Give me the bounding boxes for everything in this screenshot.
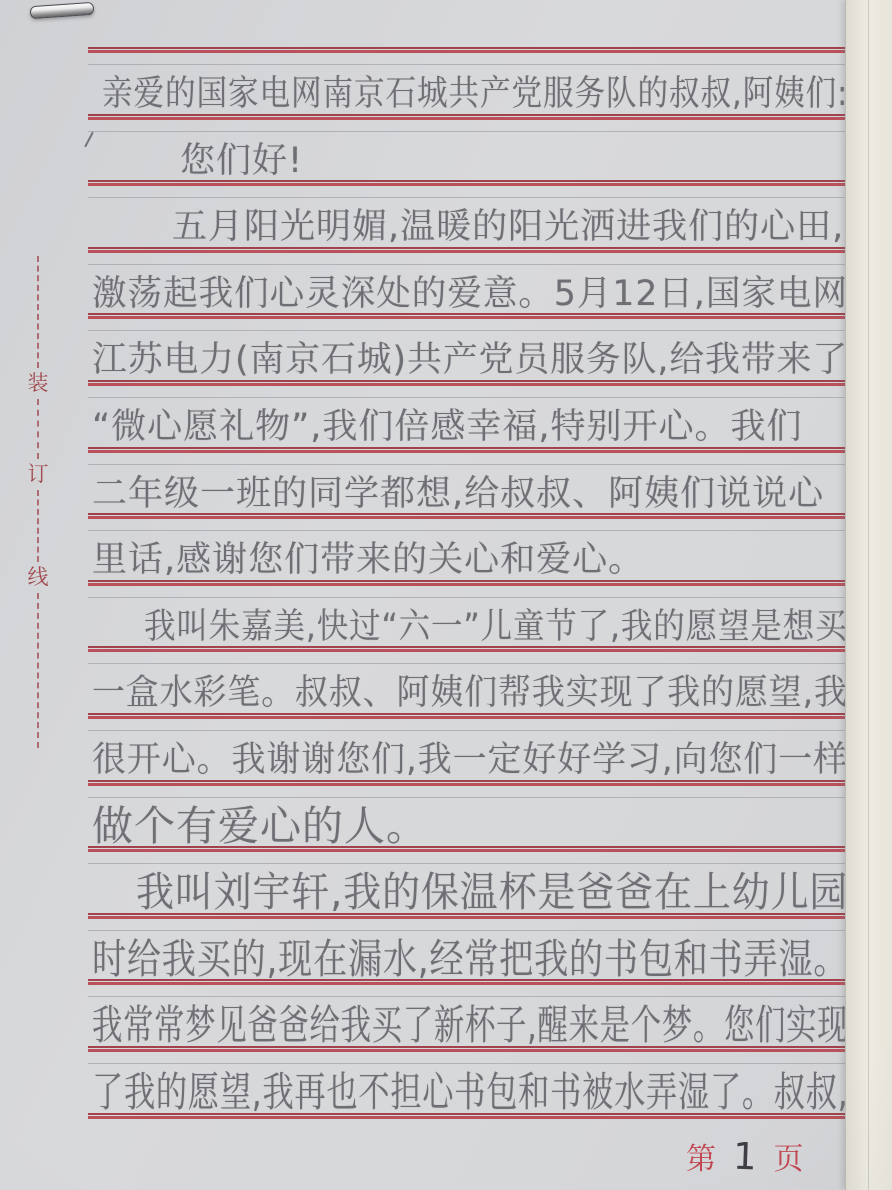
binding-dashed-line bbox=[37, 593, 39, 748]
binding-dashed-line bbox=[37, 490, 39, 562]
letter-line: 时给我买的,现在漏水,经常把我的书包和书弄湿。 bbox=[92, 927, 848, 983]
page-edge-crease bbox=[868, 0, 869, 1190]
letter-line-text: 我叫朱嘉美,快过“六一”儿童节了,我的愿望是想买 bbox=[144, 610, 847, 650]
letter-line: 我叫朱嘉美,快过“六一”儿童节了,我的愿望是想买 bbox=[92, 594, 892, 650]
letter-line-text: 我常常梦见爸爸给我买了新杯子,醒来是个梦。您们实现 bbox=[92, 1005, 848, 1049]
letter-line-text: 二年级一班的同学都想,给叔叔、阿姨们说说心 bbox=[92, 477, 824, 517]
letter-line: 一盒水彩笔。叔叔、阿姨们帮我实现了我的愿望,我 bbox=[92, 660, 848, 716]
letter-line: 亲爱的国家电网南京石城共产党服务队的叔叔,阿姨们: bbox=[92, 61, 858, 117]
letter-line-text: 激荡起我们心灵深处的爱意。5月12日,国家电网 bbox=[92, 277, 848, 317]
letter-line: 五月阳光明媚,温暖的阳光洒进我们的心田, bbox=[92, 194, 892, 250]
letter-line-text: 江苏电力(南京石城)共产党员服务队,给我带来了 bbox=[92, 343, 848, 383]
letter-line-text: 一盒水彩笔。叔叔、阿姨们帮我实现了我的愿望,我 bbox=[92, 676, 848, 716]
letter-line-text: 很开心。我谢谢您们,我一定好好学习,向您们一样 bbox=[92, 743, 848, 783]
letter-line: 二年级一班的同学都想,给叔叔、阿姨们说说心 bbox=[92, 461, 848, 517]
letter-line-text: 里话,感谢您们带来的关心和爱心。 bbox=[92, 543, 644, 583]
letter-line: 很开心。我谢谢您们,我一定好好学习,向您们一样 bbox=[92, 727, 848, 783]
letter-line: “微心愿礼物”,我们倍感幸福,特别开心。我们 bbox=[92, 394, 848, 450]
letter-line: 激荡起我们心灵深处的爱意。5月12日,国家电网 bbox=[92, 261, 848, 317]
footer-prefix: 第 bbox=[686, 1134, 716, 1178]
letter-line-text: 亲爱的国家电网南京石城共产党服务队的叔叔,阿姨们: bbox=[102, 77, 848, 117]
letter-line: 做个有爱心的人。 bbox=[92, 794, 848, 850]
letter-line: 了我的愿望,我再也不担心书包和书被水弄湿了。叔叔, bbox=[92, 1060, 848, 1116]
page-number: 1 bbox=[732, 1135, 757, 1179]
letter-line-text: “微心愿礼物”,我们倍感幸福,特别开心。我们 bbox=[92, 410, 803, 450]
footer-suffix: 页 bbox=[774, 1134, 804, 1178]
letter-line-text: 时给我买的,现在漏水,经常把我的书包和书弄湿。 bbox=[92, 939, 848, 983]
binding-dashed-line bbox=[37, 399, 39, 459]
letter-line: 您们好! bbox=[92, 128, 892, 184]
binding-dashed-line bbox=[37, 256, 39, 368]
letter-line-text: 了我的愿望,我再也不担心书包和书被水弄湿了。叔叔, bbox=[92, 1072, 848, 1116]
binding-char-ding: 订 bbox=[28, 464, 49, 485]
page-footer: 第 1 页 bbox=[686, 1134, 804, 1178]
paper-clip bbox=[30, 2, 95, 19]
letter-line: 里话,感谢您们带来的关心和爱心。 bbox=[92, 527, 848, 583]
letter-line-text: 五月阳光明媚,温暖的阳光洒进我们的心田, bbox=[172, 210, 844, 250]
letter-photo: 装 订 线 亲爱的国家电网南京石城共产党服务队的叔叔,阿姨们:您们好!五月阳光明… bbox=[0, 0, 892, 1190]
letter-line: 我叫刘宇轩,我的保温杯是爸爸在上幼儿园 bbox=[92, 860, 892, 916]
letter-line-text: 做个有爱心的人。 bbox=[92, 806, 428, 850]
letter-line: 江苏电力(南京石城)共产党员服务队,给我带来了 bbox=[92, 327, 848, 383]
letter-line: 我常常梦见爸爸给我买了新杯子,醒来是个梦。您们实现 bbox=[92, 993, 848, 1049]
binding-char-zhuang: 装 bbox=[28, 373, 49, 394]
binding-char-xian: 线 bbox=[28, 567, 49, 588]
letter-line-text: 我叫刘宇轩,我的保温杯是爸爸在上幼儿园 bbox=[136, 872, 848, 916]
letter-line-text: 您们好! bbox=[180, 144, 303, 184]
binding-margin: 装 订 线 bbox=[24, 256, 52, 748]
page-edge bbox=[845, 0, 892, 1190]
ruled-red-line bbox=[88, 47, 846, 53]
